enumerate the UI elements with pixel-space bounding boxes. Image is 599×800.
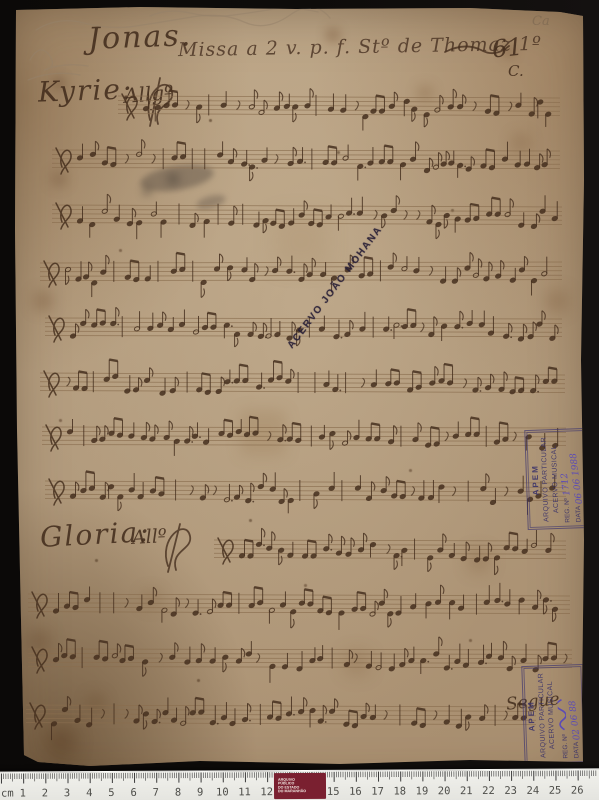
svg-text:19: 19 xyxy=(416,785,429,797)
paper-specks xyxy=(0,0,1,1)
svg-text:8: 8 xyxy=(175,787,181,799)
svg-text:2: 2 xyxy=(42,787,48,799)
stamp-date-label: DATA xyxy=(573,742,580,759)
archive-logo: ARQUIVO PÚBLICO DO ESTADO DO MARANHÃO xyxy=(274,773,326,799)
svg-text:11: 11 xyxy=(238,786,251,798)
stamp-date-label: DATA xyxy=(576,506,583,523)
stamp-reg-label: REG. Nº xyxy=(562,734,569,759)
paper-stains xyxy=(0,0,2,2)
paper-notch xyxy=(296,0,311,9)
stamp-frame: APEM ARQUIVO PARTICULAR ACERVO MUSICAL R… xyxy=(526,430,587,528)
svg-text:cm: cm xyxy=(1,787,14,799)
apem-stamp-lower: APEM ARQUIVO PARTICULAR ACERVO MUSICAL R… xyxy=(521,664,586,766)
archive-logo-text: ARQUIVO PÚBLICO DO ESTADO DO MARANHÃO xyxy=(278,778,306,793)
stamp-line: ACERVO MUSICAL xyxy=(550,432,560,526)
svg-text:25: 25 xyxy=(549,785,562,797)
svg-text:26: 26 xyxy=(571,785,584,797)
svg-text:20: 20 xyxy=(438,785,451,797)
music-notation-svg xyxy=(0,0,599,800)
svg-text:21: 21 xyxy=(460,785,473,797)
stamp-frame: APEM ARQUIVO PARTICULAR ACERVO MUSICAL R… xyxy=(523,666,584,764)
svg-text:24: 24 xyxy=(526,785,539,797)
stamp-line: ARQUIVO PARTICULAR xyxy=(541,432,551,526)
ink-scrawl xyxy=(556,671,566,732)
svg-text:15: 15 xyxy=(327,786,340,798)
svg-text:18: 18 xyxy=(393,785,406,797)
stamp-line: ACERVO MUSICAL xyxy=(547,668,557,762)
manuscript-scan: Jonas. Missa a 2 v. p. f. Stº de Thomaz … xyxy=(0,0,599,800)
measurement-ruler: cm12345678910111213141516171819202122232… xyxy=(0,768,599,800)
svg-text:5: 5 xyxy=(108,787,114,799)
stamp-org: APEM xyxy=(527,669,538,763)
apem-stamp-upper: APEM ARQUIVO PARTICULAR ACERVO MUSICAL R… xyxy=(524,428,589,530)
manuscript-paper: Jonas. Missa a 2 v. p. f. Stº de Thomaz … xyxy=(0,0,599,800)
stamp-date-value: 06 06 1988 xyxy=(570,452,585,504)
stamp-line: ARQUIVO PARTICULAR xyxy=(537,668,547,762)
svg-text:7: 7 xyxy=(153,787,159,799)
stamp-reg-label: REG. Nº xyxy=(564,498,571,523)
svg-text:4: 4 xyxy=(86,787,92,799)
svg-text:22: 22 xyxy=(482,785,495,797)
svg-text:3: 3 xyxy=(64,787,70,799)
stamp-date-value: 02 06 88 xyxy=(568,699,582,740)
stamp-org: APEM xyxy=(530,433,541,527)
svg-text:23: 23 xyxy=(504,785,517,797)
svg-text:16: 16 xyxy=(349,786,362,798)
svg-text:17: 17 xyxy=(371,786,384,798)
logo-line: DO MARANHÃO xyxy=(278,790,306,794)
stamp-reg-value: 1712 xyxy=(560,473,572,497)
svg-text:9: 9 xyxy=(197,787,203,799)
svg-text:6: 6 xyxy=(130,787,136,799)
svg-text:12: 12 xyxy=(260,786,273,798)
svg-text:10: 10 xyxy=(216,786,229,798)
svg-text:1: 1 xyxy=(20,787,26,799)
